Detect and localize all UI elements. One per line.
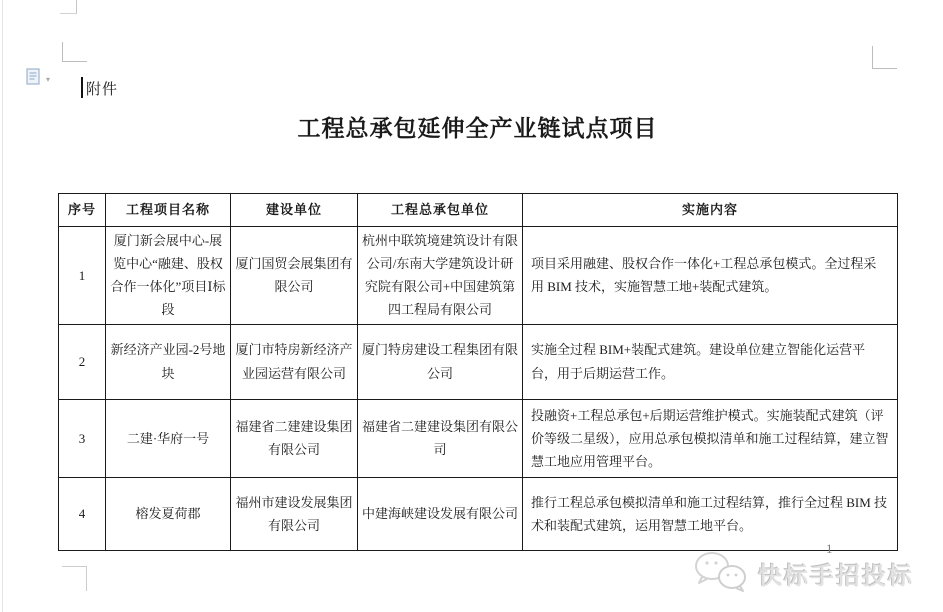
attachment-label: 附件: [86, 78, 118, 99]
header-project-name: 工程项目名称: [106, 194, 231, 227]
header-contractor: 工程总承包单位: [358, 194, 523, 227]
header-serial: 序号: [59, 194, 106, 227]
page-number: 1: [826, 541, 833, 557]
paste-options-button[interactable]: ▾: [26, 68, 60, 90]
watermark: 快标手招投标: [692, 550, 914, 597]
table-row: 3 二建·华府一号 福建省二建建设集团有限公司 福建省二建建设集团有限公司 投融…: [59, 399, 898, 477]
table-row: 2 新经济产业园-2号地块 厦门市特房新经济产业园运营有限公司 厦门特房建设工程…: [59, 324, 898, 399]
cell-owner: 福州市建设发展集团有限公司: [231, 477, 358, 550]
wechat-icon: [692, 550, 750, 597]
cell-content: 项目采用融建、股权合作一体化+工程总承包模式。全过程采用 BIM 技术，实施智慧…: [523, 227, 898, 325]
margin-crop-mark-top-left: [62, 42, 87, 62]
cell-content: 推行工程总承包模拟清单和施工过程结算，推行全过程 BIM 技术和装配式建筑，运用…: [523, 477, 898, 550]
cell-serial: 1: [59, 227, 106, 325]
cell-project-name: 厦门新会展中心-展览中心“融建、股权合作一体化”项目Ⅰ标段: [106, 227, 231, 325]
cell-project-name: 榕发夏荷郡: [106, 477, 231, 550]
table-row: 1 厦门新会展中心-展览中心“融建、股权合作一体化”项目Ⅰ标段 厦门国贸会展集团…: [59, 227, 898, 325]
text-cursor: [81, 77, 83, 98]
cell-content: 实施全过程 BIM+装配式建筑。建设单位建立智能化运营平台，用于后期运营工作。: [523, 324, 898, 399]
margin-crop-mark-top-right: [872, 46, 897, 69]
paste-options-icon: [26, 68, 43, 91]
chevron-down-icon: ▾: [46, 75, 50, 84]
margin-crop-mark-bottom-left: [62, 566, 87, 591]
cell-content: 投融资+工程总承包+后期运营维护模式。实施装配式建筑（评价等级二星级），应用总承…: [523, 399, 898, 477]
header-owner: 建设单位: [231, 194, 358, 227]
cell-contractor: 厦门特房建设工程集团有限公司: [358, 324, 523, 399]
document-title: 工程总承包延伸全产业链试点项目: [58, 110, 897, 143]
cell-contractor: 杭州中联筑境建筑设计有限公司/东南大学建筑设计研究院有限公司+中国建筑第四工程局…: [358, 227, 523, 325]
margin-crop-mark-top: [60, 0, 77, 14]
header-content: 实施内容: [523, 194, 898, 227]
cell-serial: 2: [59, 324, 106, 399]
table-row: 4 榕发夏荷郡 福州市建设发展集团有限公司 中建海峡建设发展有限公司 推行工程总…: [59, 477, 898, 550]
watermark-text: 快标手招投标: [758, 556, 914, 591]
cell-contractor: 福建省二建建设集团有限公司: [358, 399, 523, 477]
table-header-row: 序号 工程项目名称 建设单位 工程总承包单位 实施内容: [59, 194, 898, 227]
page-left-edge: [2, 0, 3, 612]
cell-project-name: 新经济产业园-2号地块: [106, 324, 231, 399]
cell-owner: 厦门市特房新经济产业园运营有限公司: [231, 324, 358, 399]
cell-owner: 福建省二建建设集团有限公司: [231, 399, 358, 477]
cell-project-name: 二建·华府一号: [106, 399, 231, 477]
cell-contractor: 中建海峡建设发展有限公司: [358, 477, 523, 550]
cell-serial: 4: [59, 477, 106, 550]
cell-owner: 厦门国贸会展集团有限公司: [231, 227, 358, 325]
cell-serial: 3: [59, 399, 106, 477]
projects-table: 序号 工程项目名称 建设单位 工程总承包单位 实施内容 1 厦门新会展中心-展览…: [58, 193, 898, 551]
